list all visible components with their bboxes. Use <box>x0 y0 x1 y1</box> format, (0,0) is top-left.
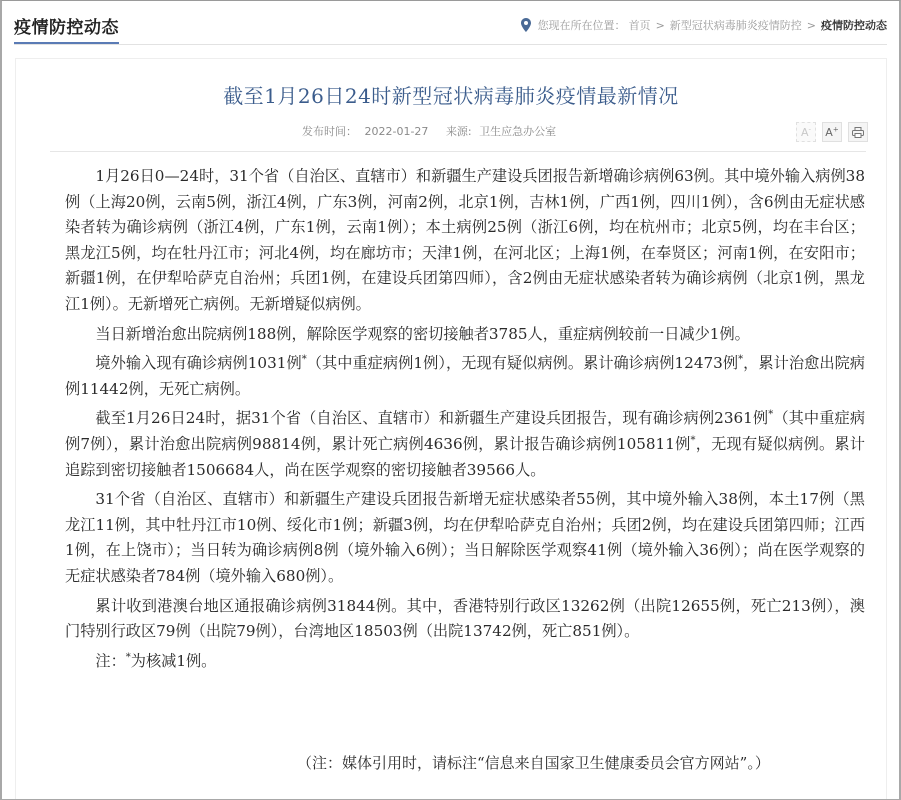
article-body: 1月26日0—24时，31个省（自治区、直辖市）和新疆生产建设兵团报告新增确诊病… <box>65 164 865 678</box>
top-bar: 疫情防控动态 您现在所在位置： 首页 > 新型冠状病毒肺炎疫情防控 > 疫情防控… <box>2 1 899 45</box>
breadcrumb-prefix: 您现在所在位置： <box>538 17 626 33</box>
font-decrease-button[interactable]: A- <box>796 122 816 142</box>
paragraph-new-cases: 1月26日0—24时，31个省（自治区、直辖市）和新疆生产建设兵团报告新增确诊病… <box>65 164 865 318</box>
breadcrumb: 您现在所在位置： 首页 > 新型冠状病毒肺炎疫情防控 > 疫情防控动态 <box>521 17 887 33</box>
breadcrumb-separator: > <box>656 19 665 32</box>
breadcrumb-current[interactable]: 疫情防控动态 <box>821 17 887 33</box>
breadcrumb-separator: > <box>807 19 816 32</box>
paragraph-note: 注：*为核减1例。 <box>65 649 865 675</box>
print-icon <box>852 127 864 138</box>
article-divider <box>50 151 866 152</box>
paragraph-cumulative: 截至1月26日24时，据31个省（自治区、直辖市）和新疆生产建设兵团报告，现有确… <box>65 406 865 483</box>
source-label: 来源: <box>446 125 472 138</box>
font-decrease-icon: A- <box>801 126 811 139</box>
article-container: 截至1月26日24时新型冠状病毒肺炎疫情最新情况 发布时间： 2022-01-2… <box>15 58 887 800</box>
font-increase-icon: A+ <box>825 126 838 139</box>
paragraph-hk-macao-taiwan: 累计收到港澳台地区通报确诊病例31844例。其中，香港特别行政区13262例（出… <box>65 594 865 645</box>
section-title: 疫情防控动态 <box>14 18 119 44</box>
article-tools: A- A+ <box>796 122 868 142</box>
breadcrumb-home[interactable]: 首页 <box>629 17 651 33</box>
article-meta: 发布时间： 2022-01-27 来源: 卫生应急办公室 <box>302 123 560 139</box>
print-button[interactable] <box>848 122 868 142</box>
publish-date: 2022-01-27 <box>365 125 429 138</box>
font-increase-button[interactable]: A+ <box>822 122 842 142</box>
media-citation-note: （注：媒体引用时，请标注“信息来自国家卫生健康委员会官方网站”。） <box>297 752 770 773</box>
location-pin-icon <box>521 18 531 32</box>
paragraph-imported: 境外输入现有确诊病例1031例*（其中重症病例1例），无现有疑似病例。累计确诊病… <box>65 351 865 402</box>
publish-label: 发布时间： <box>302 125 357 138</box>
header-divider <box>14 44 887 45</box>
paragraph-recoveries: 当日新增治愈出院病例188例，解除医学观察的密切接触者3785人，重症病例较前一… <box>65 322 865 348</box>
source-value: 卫生应急办公室 <box>479 125 556 138</box>
paragraph-asymptomatic: 31个省（自治区、直辖市）和新疆生产建设兵团报告新增无症状感染者55例，其中境外… <box>65 487 865 589</box>
article-title: 截至1月26日24时新型冠状病毒肺炎疫情最新情况 <box>16 80 886 109</box>
breadcrumb-epidemic-control[interactable]: 新型冠状病毒肺炎疫情防控 <box>670 17 802 33</box>
